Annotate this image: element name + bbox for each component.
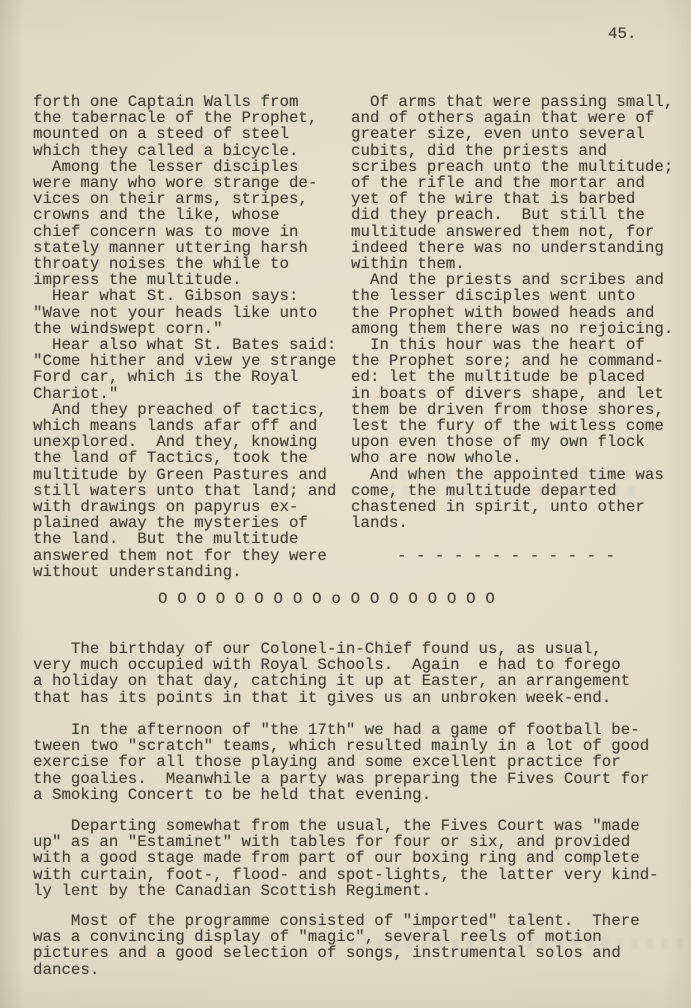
page-number: 45. [608, 26, 636, 42]
bleed-through-ghost-text [362, 938, 691, 949]
dash-divider: - - - - - - - - - - - - [397, 548, 615, 564]
paragraph-birthday: The birthday of our Colonel-in-Chief fou… [33, 641, 630, 706]
paragraph-estaminet: Departing somewhat from the usual, the F… [33, 818, 659, 899]
bleed-through-ghost-text [400, 470, 630, 480]
left-column-text: forth one Captain Walls from the taberna… [33, 94, 336, 580]
section-divider-o-row: O O O O O O O O O o O O O O O O O O [158, 591, 495, 607]
bleed-through-ghost-text [388, 486, 638, 496]
paragraph-football: In the afternoon of "the 17th" we had a … [33, 722, 649, 803]
typewritten-document-page: 45. forth one Captain Walls from the tab… [0, 0, 691, 1008]
right-column-text: Of arms that were passing small, and of … [351, 94, 673, 531]
